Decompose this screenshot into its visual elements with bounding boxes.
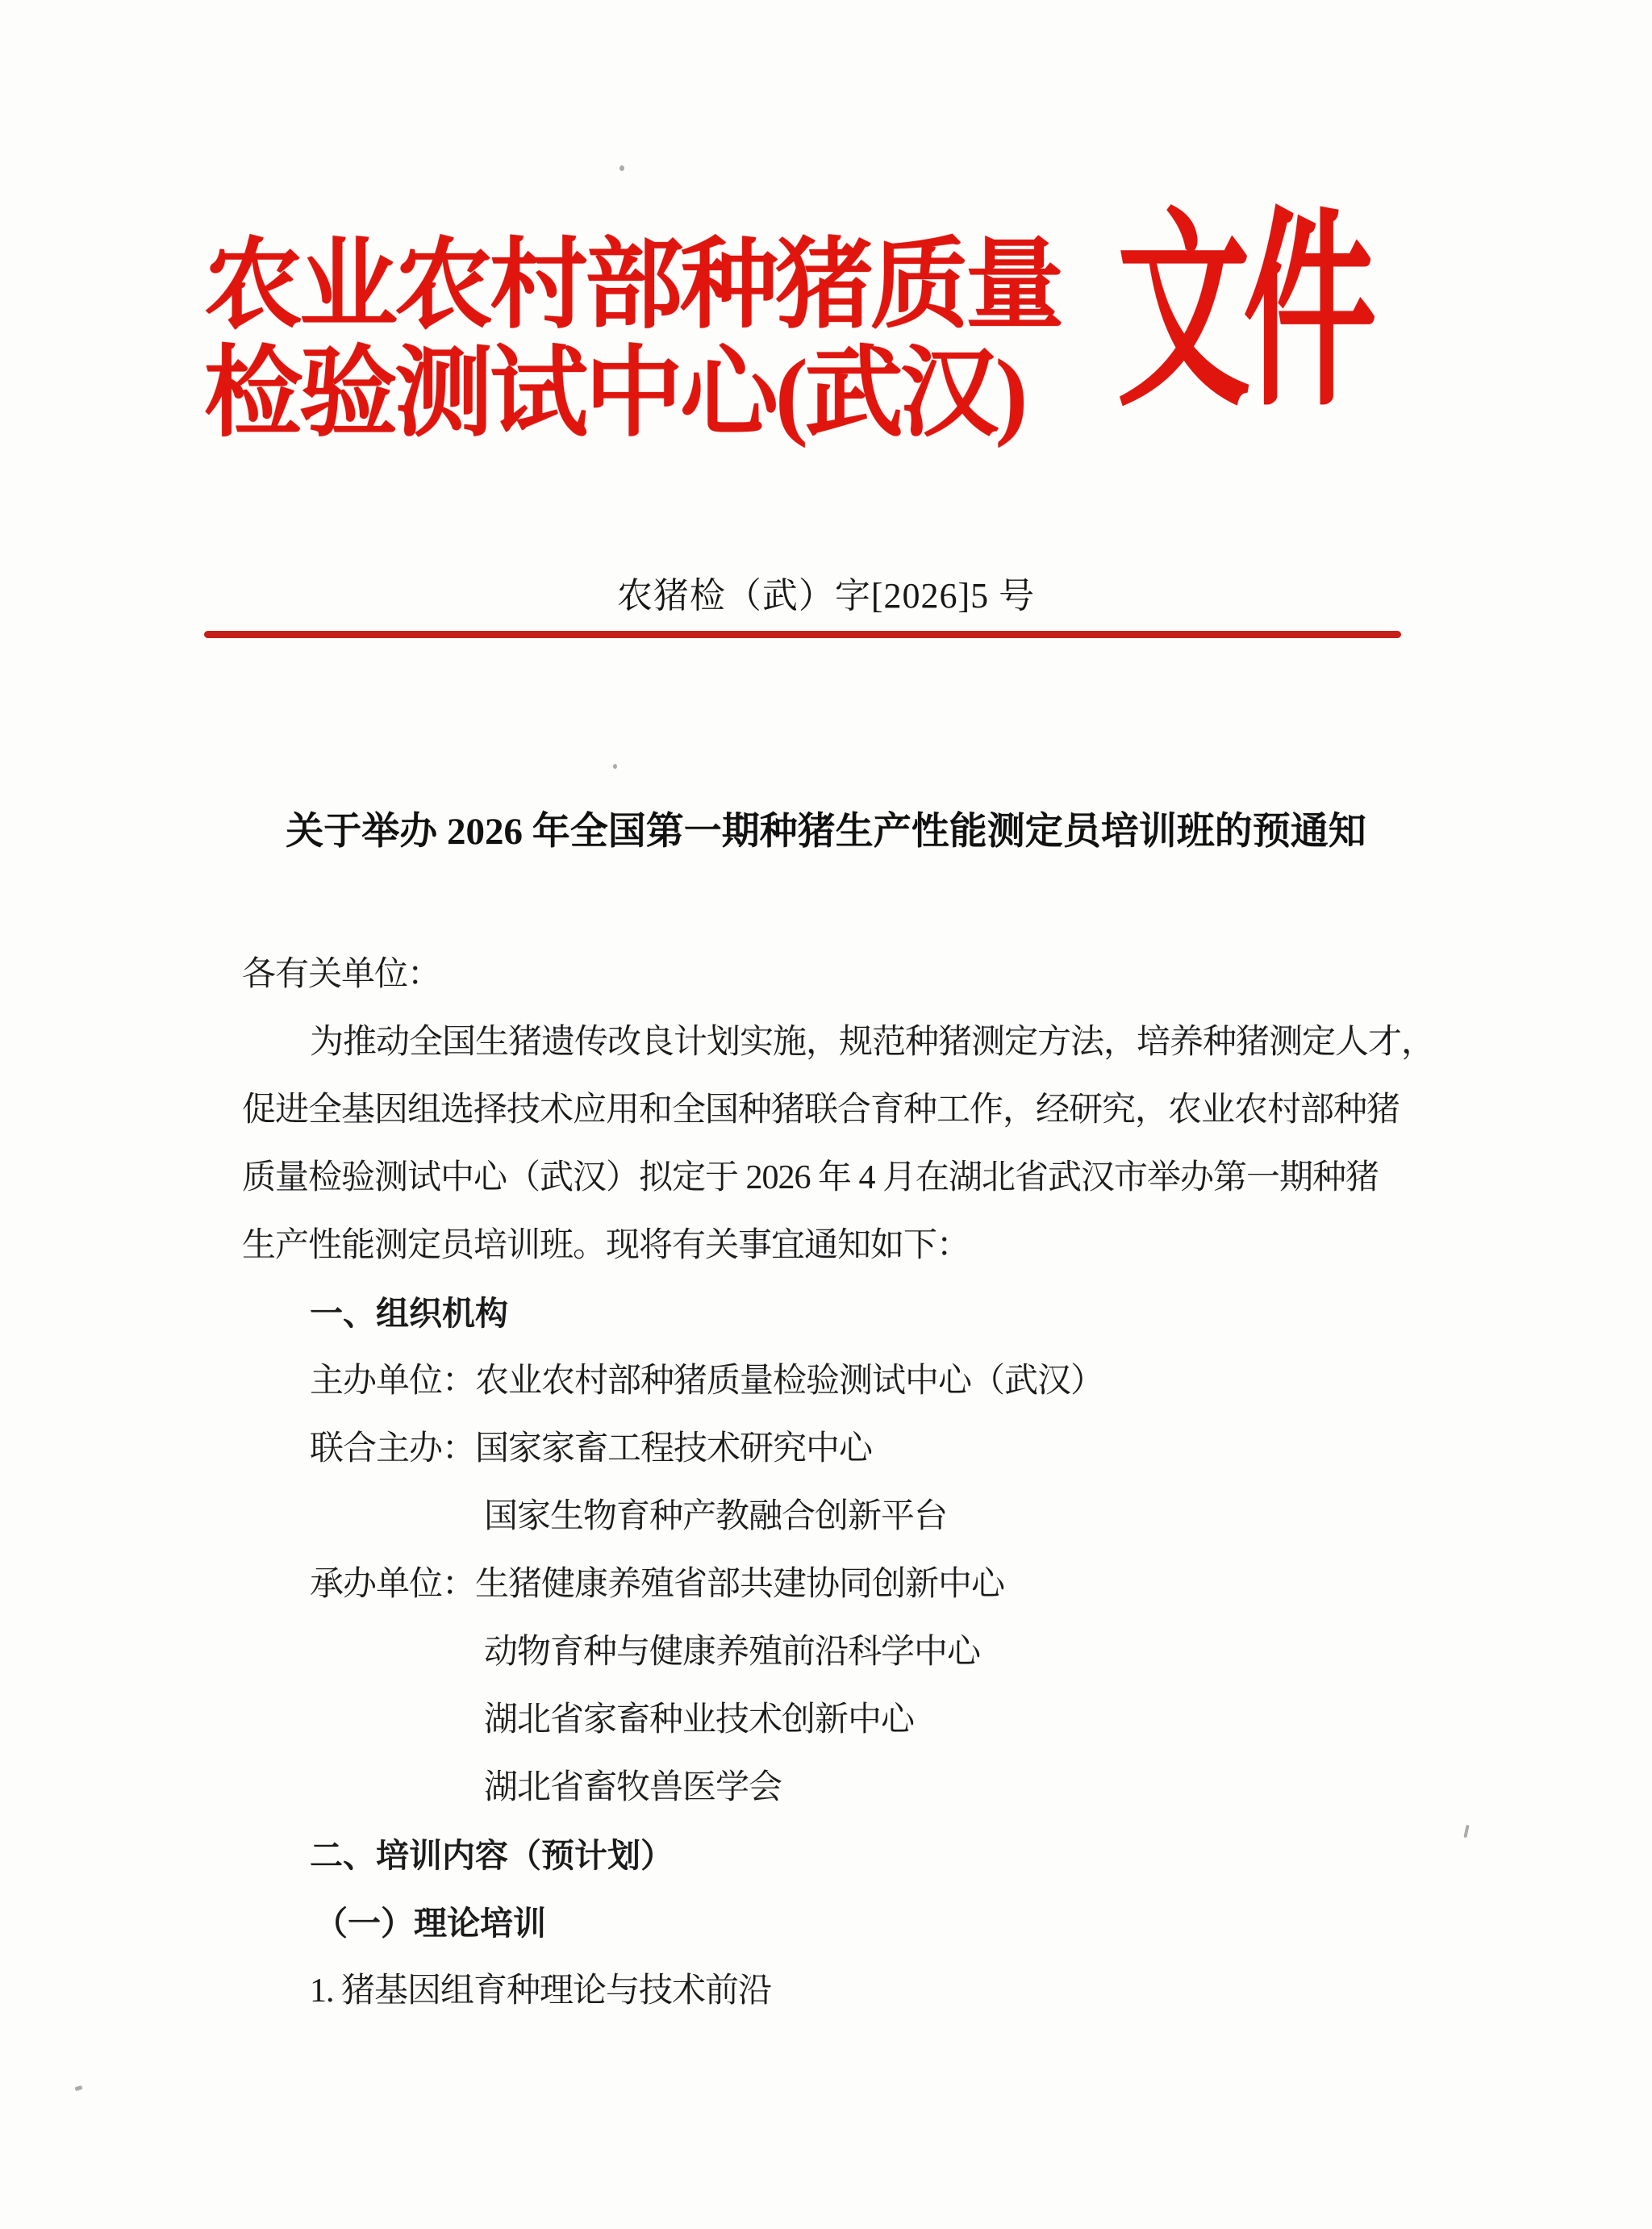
list-item: 1. 猪基因组育种理论与技术前沿 [242, 1957, 1425, 2025]
document-body: 各有关单位： 为推动全国生猪遗传改良计划实施，规范种猪测定方法，培养种猪测定人才… [242, 941, 1425, 2025]
body-line: 质量检验测试中心（武汉）拟定于 2026 年 4 月在湖北省武汉市举办第一期种猪 [242, 1144, 1425, 1212]
section-heading: （一）理论培训 [242, 1889, 1425, 1957]
body-line: 为推动全国生猪遗传改良计划实施，规范种猪测定方法，培养种猪测定人才， [242, 1008, 1425, 1076]
body-line: 动物育种与健康养殖前沿科学中心 [242, 1618, 1425, 1686]
body-line: 联合主办：国家家畜工程技术研究中心 [242, 1415, 1425, 1483]
document-title: 关于举办 2026 年全国第一期种猪生产性能测定员培训班的预通知 [0, 801, 1652, 855]
document-number: 农猪检（武）字[2026]5 号 [0, 566, 1652, 618]
body-line: 承办单位：生猪健康养殖省部共建协同创新中心 [242, 1551, 1425, 1618]
letterhead-doc-type: 文件 [1117, 208, 1369, 420]
scan-speck [613, 764, 617, 769]
body-line: 湖北省家畜种业技术创新中心 [242, 1686, 1425, 1754]
body-line: 湖北省畜牧兽医学会 [242, 1754, 1425, 1822]
scan-speck [1463, 1825, 1469, 1838]
letterhead-org-line2: 检验测试中心(武汉) [204, 340, 1091, 449]
salutation-line: 各有关单位： [242, 941, 1425, 1008]
body-line: 国家生物育种产教融合创新平台 [242, 1483, 1425, 1551]
letterhead-org-name: 农业农村部种猪质量 检验测试中心(武汉) [204, 232, 1091, 449]
section-heading: 一、组织机构 [242, 1279, 1425, 1347]
body-line: 主办单位：农业农村部种猪质量检验测试中心（武汉） [242, 1347, 1425, 1415]
body-line: 生产性能测定员培训班。现将有关事宜通知如下： [242, 1212, 1425, 1279]
document-page: 农业农村部种猪质量 检验测试中心(武汉) 文件 农猪检（武）字[2026]5 号… [0, 0, 1652, 2229]
scan-speck [74, 2085, 82, 2092]
letterhead-divider-rule [204, 631, 1401, 638]
section-heading: 二、培训内容（预计划） [242, 1822, 1425, 1889]
scan-speck [619, 165, 624, 171]
letterhead-org-line1: 农业农村部种猪质量 [204, 232, 1091, 340]
body-line: 促进全基因组选择技术应用和全国种猪联合育种工作，经研究，农业农村部种猪 [242, 1076, 1425, 1144]
